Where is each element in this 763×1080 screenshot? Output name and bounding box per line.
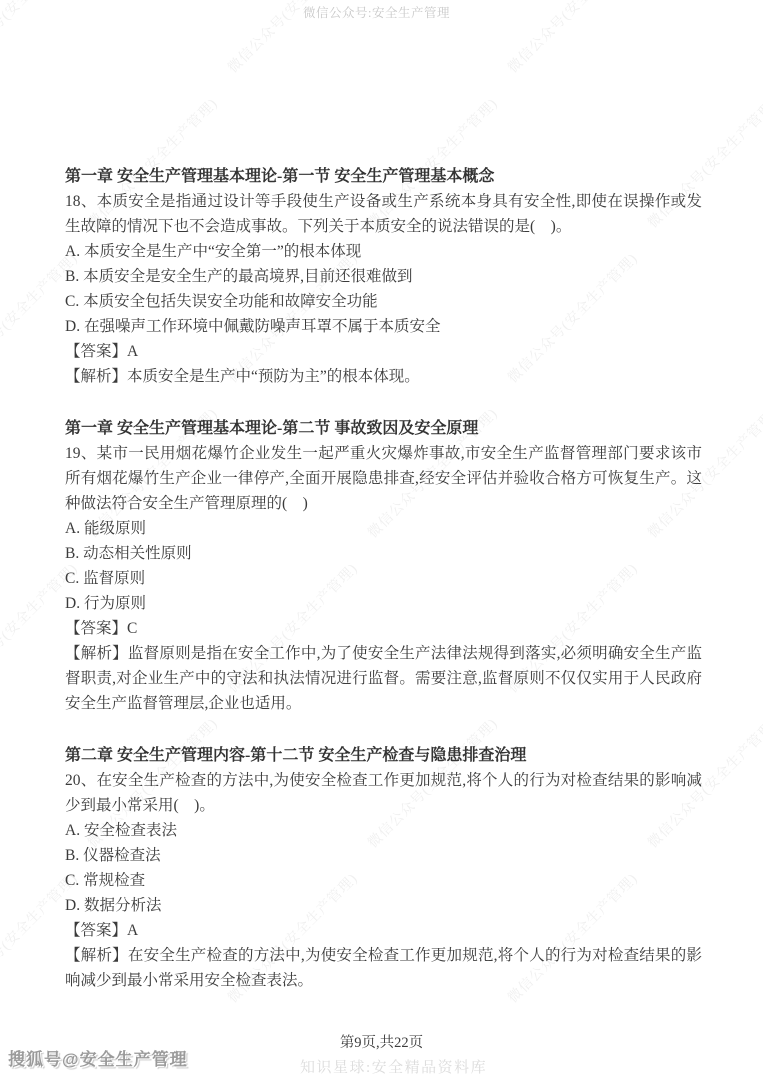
option-b: B. 动态相关性原则 [65, 541, 702, 566]
option-a: A. 安全检查表法 [65, 818, 702, 843]
answer-label: 【答案】 [65, 922, 127, 939]
top-watermark: 微信公众号:安全生产管理 [303, 3, 450, 21]
option-c: C. 监督原则 [65, 566, 702, 591]
analysis-label: 【解析】 [65, 368, 127, 385]
diagonal-watermark: 微信公众号(安全生产管理) [503, 0, 642, 77]
option-c: C. 本质安全包括失误安全功能和故障安全功能 [65, 289, 702, 314]
option-a: A. 能级原则 [65, 516, 702, 541]
analysis-text: 在安全生产检查的方法中,为使安全检查工作更加规范,将个人的行为对检查结果的影响减… [65, 947, 702, 989]
answer-line: 【答案】A [65, 918, 702, 943]
analysis-label: 【解析】 [65, 947, 128, 964]
option-d: D. 数据分析法 [65, 893, 702, 918]
option-c: C. 常规检查 [65, 868, 702, 893]
option-b: B. 仪器检查法 [65, 843, 702, 868]
answer-label: 【答案】 [65, 343, 127, 360]
answer-line: 【答案】A [65, 339, 702, 364]
section-heading: 第一章 安全生产管理基本理论-第二节 事故致因及安全原理 [65, 416, 702, 441]
option-d: D. 在强噪声工作环境中佩戴防噪声耳罩不属于本质安全 [65, 314, 702, 339]
analysis-line: 【解析】监督原则是指在安全工作中,为了使安全生产法律法规得到落实,必须明确安全生… [65, 641, 702, 716]
analysis-text: 监督原则是指在安全工作中,为了使安全生产法律法规得到落实,必须明确安全生产监督职… [65, 645, 702, 712]
diagonal-watermark: 微信公众号(安全生产管理) [0, 0, 82, 77]
question-section-18: 第一章 安全生产管理基本理论-第一节 安全生产管理基本概念 18、本质安全是指通… [65, 164, 702, 389]
question-text: 20、在安全生产检查的方法中,为使安全检查工作更加规范,将个人的行为对检查结果的… [65, 768, 702, 818]
analysis-line: 【解析】本质安全是生产中“预防为主”的根本体现。 [65, 364, 702, 389]
answer-label: 【答案】 [65, 620, 127, 637]
answer-value: A [127, 922, 138, 939]
content-area: 第一章 安全生产管理基本理论-第一节 安全生产管理基本概念 18、本质安全是指通… [65, 164, 702, 993]
analysis-label: 【解析】 [65, 645, 128, 662]
option-b: B. 本质安全是安全生产的最高境界,目前还很难做到 [65, 264, 702, 289]
section-heading: 第二章 安全生产管理内容-第十二节 安全生产检查与隐患排查治理 [65, 743, 702, 768]
question-text: 19、某市一民用烟花爆竹企业发生一起严重火灾爆炸事故,市安全生产监督管理部门要求… [65, 441, 702, 516]
sohu-account-logo: 搜狐号@安全生产管理 [8, 1045, 188, 1070]
analysis-text: 本质安全是生产中“预防为主”的根本体现。 [127, 368, 420, 385]
answer-value: C [127, 620, 137, 637]
answer-value: A [127, 343, 138, 360]
analysis-line: 【解析】在安全生产检查的方法中,为使安全检查工作更加规范,将个人的行为对检查结果… [65, 943, 702, 993]
document-page: 微信公众号(安全生产管理)微信公众号(安全生产管理)微信公众号(安全生产管理)微… [0, 0, 763, 1080]
section-heading: 第一章 安全生产管理基本理论-第一节 安全生产管理基本概念 [65, 164, 702, 189]
bottom-watermark: 知识星球:安全精品资料库 [300, 1056, 487, 1077]
question-text: 18、本质安全是指通过设计等手段使生产设备或生产系统本身具有安全性,即使在误操作… [65, 189, 702, 239]
option-a: A. 本质安全是生产中“安全第一”的根本体现 [65, 239, 702, 264]
answer-line: 【答案】C [65, 616, 702, 641]
question-section-20: 第二章 安全生产管理内容-第十二节 安全生产检查与隐患排查治理 20、在安全生产… [65, 743, 702, 993]
question-section-19: 第一章 安全生产管理基本理论-第二节 事故致因及安全原理 19、某市一民用烟花爆… [65, 416, 702, 716]
option-d: D. 行为原则 [65, 591, 702, 616]
